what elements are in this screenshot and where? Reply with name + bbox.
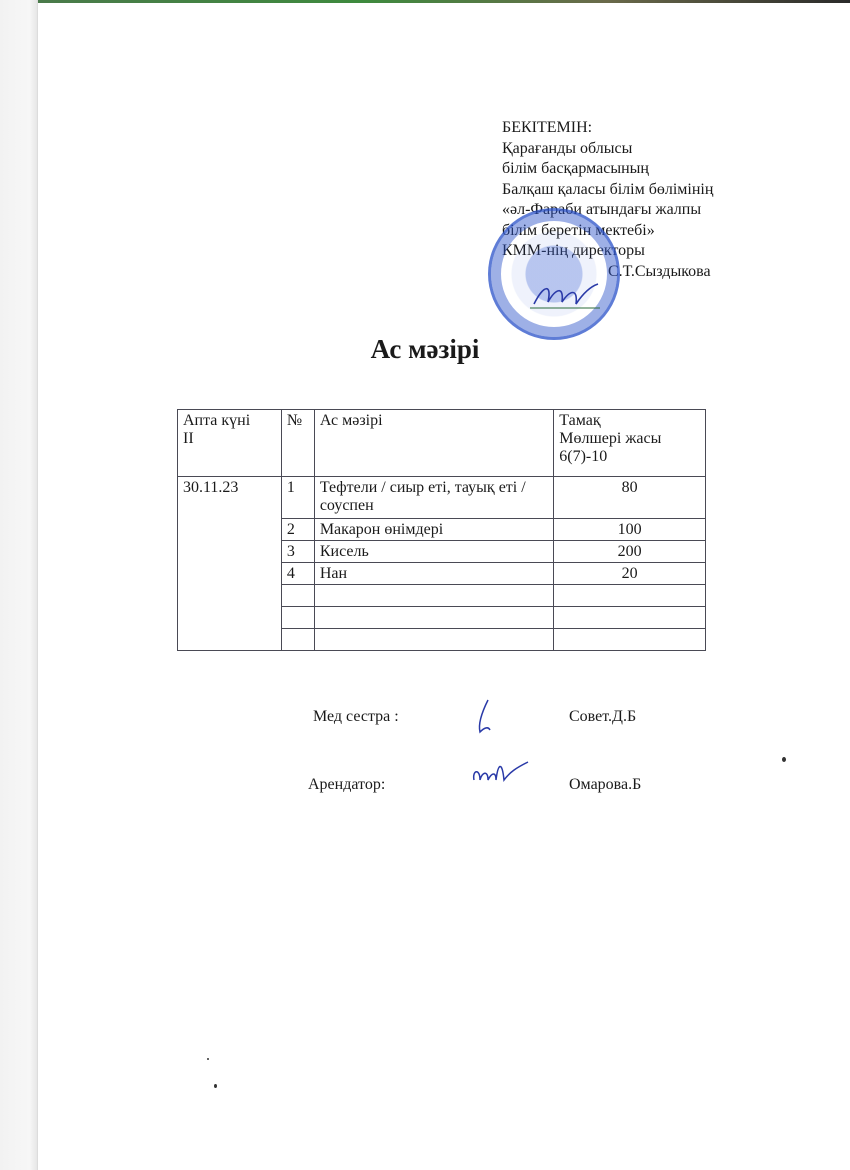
header-dish: Ас мәзірі [314,410,553,477]
approval-signatory: С.Т.Сыздыкова [502,262,713,283]
row-amount: 20 [554,563,706,585]
row-dish: Кисель [314,541,553,563]
row-number: 2 [281,519,314,541]
approval-block: БЕКІТЕМІН: Қарағанды облысы білім басқар… [502,118,713,282]
approval-line: Қарағанды облысы [502,139,713,160]
date-cell: 30.11.23 [178,477,282,651]
approval-line: білім басқармасының [502,159,713,180]
nurse-name: Совет.Д.Б [569,708,636,726]
row-number: 1 [281,477,314,519]
scan-speck [207,1058,209,1060]
row-dish [314,629,553,651]
row-dish: Макарон өнімдері [314,519,553,541]
row-number: 3 [281,541,314,563]
tenant-name: Омарова.Б [569,776,641,794]
row-dish [314,585,553,607]
row-dish: Тефтели / сиыр еті, тауық еті / соуспен [314,477,553,519]
row-amount [554,629,706,651]
approval-line: білім беретін мектебі» [502,221,713,242]
row-number: 4 [281,563,314,585]
row-dish: Нан [314,563,553,585]
row-amount [554,585,706,607]
approval-line: КММ-нің директоры [502,241,713,262]
header-day: Апта күні II [178,410,282,477]
approval-line: Балқаш қаласы білім бөлімінің [502,180,713,201]
row-amount: 100 [554,519,706,541]
row-amount [554,607,706,629]
approval-heading: БЕКІТЕМІН: [502,118,713,139]
scan-edge [0,0,38,1170]
menu-table: Апта күні II № Ас мәзірі Тамақ Мөлшері ж… [177,409,706,651]
row-dish [314,607,553,629]
table-row: 30.11.23 1 Тефтели / сиыр еті, тауық еті… [178,477,706,519]
page-title: Ас мәзірі [0,334,850,365]
scan-speck [782,757,786,762]
row-number [281,585,314,607]
approval-line: «әл-Фараби атындағы жалпы [502,200,713,221]
row-number [281,607,314,629]
header-number: № [281,410,314,477]
table-header-row: Апта күні II № Ас мәзірі Тамақ Мөлшері ж… [178,410,706,477]
row-amount: 80 [554,477,706,519]
header-amount: Тамақ Мөлшері жасы 6(7)-10 [554,410,706,477]
row-amount: 200 [554,541,706,563]
tenant-role-label: Арендатор: [308,776,385,794]
scan-speck [214,1084,217,1088]
row-number [281,629,314,651]
nurse-role-label: Мед сестра : [313,708,399,726]
